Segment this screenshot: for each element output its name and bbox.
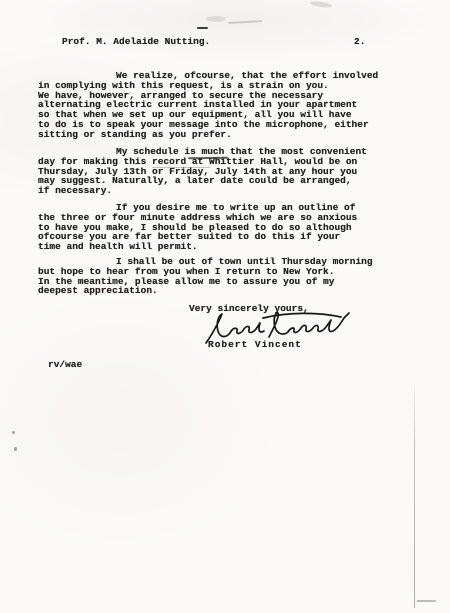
scan-smudge	[228, 20, 262, 23]
overstrike-mark	[188, 156, 228, 159]
scan-smudge	[206, 16, 226, 22]
scan-smudge	[310, 0, 332, 8]
page-edge	[417, 600, 436, 602]
addressee-line: Prof. M. Adelaide Nutting.	[62, 37, 210, 47]
paragraph-4: I shall be out of town until Thursday mo…	[38, 257, 386, 296]
scan-speck	[14, 447, 17, 451]
page-edge	[414, 380, 415, 608]
scan-smudge	[197, 27, 208, 29]
reference-initials: rv/wae	[48, 360, 82, 370]
scan-speck	[12, 431, 15, 434]
paragraph-1: We realize, ofcourse, that the effort in…	[38, 71, 386, 139]
page-number: 2.	[354, 37, 365, 47]
paragraph-3: If you desire me to write up an outline …	[38, 203, 386, 252]
paragraph-2: My schedule is much that the most conven…	[38, 147, 386, 196]
letter-page: Prof. M. Adelaide Nutting. 2. We realize…	[0, 0, 450, 613]
typed-signature-name: Robert Vincent	[208, 340, 302, 350]
overstrike-mark	[152, 167, 210, 168]
